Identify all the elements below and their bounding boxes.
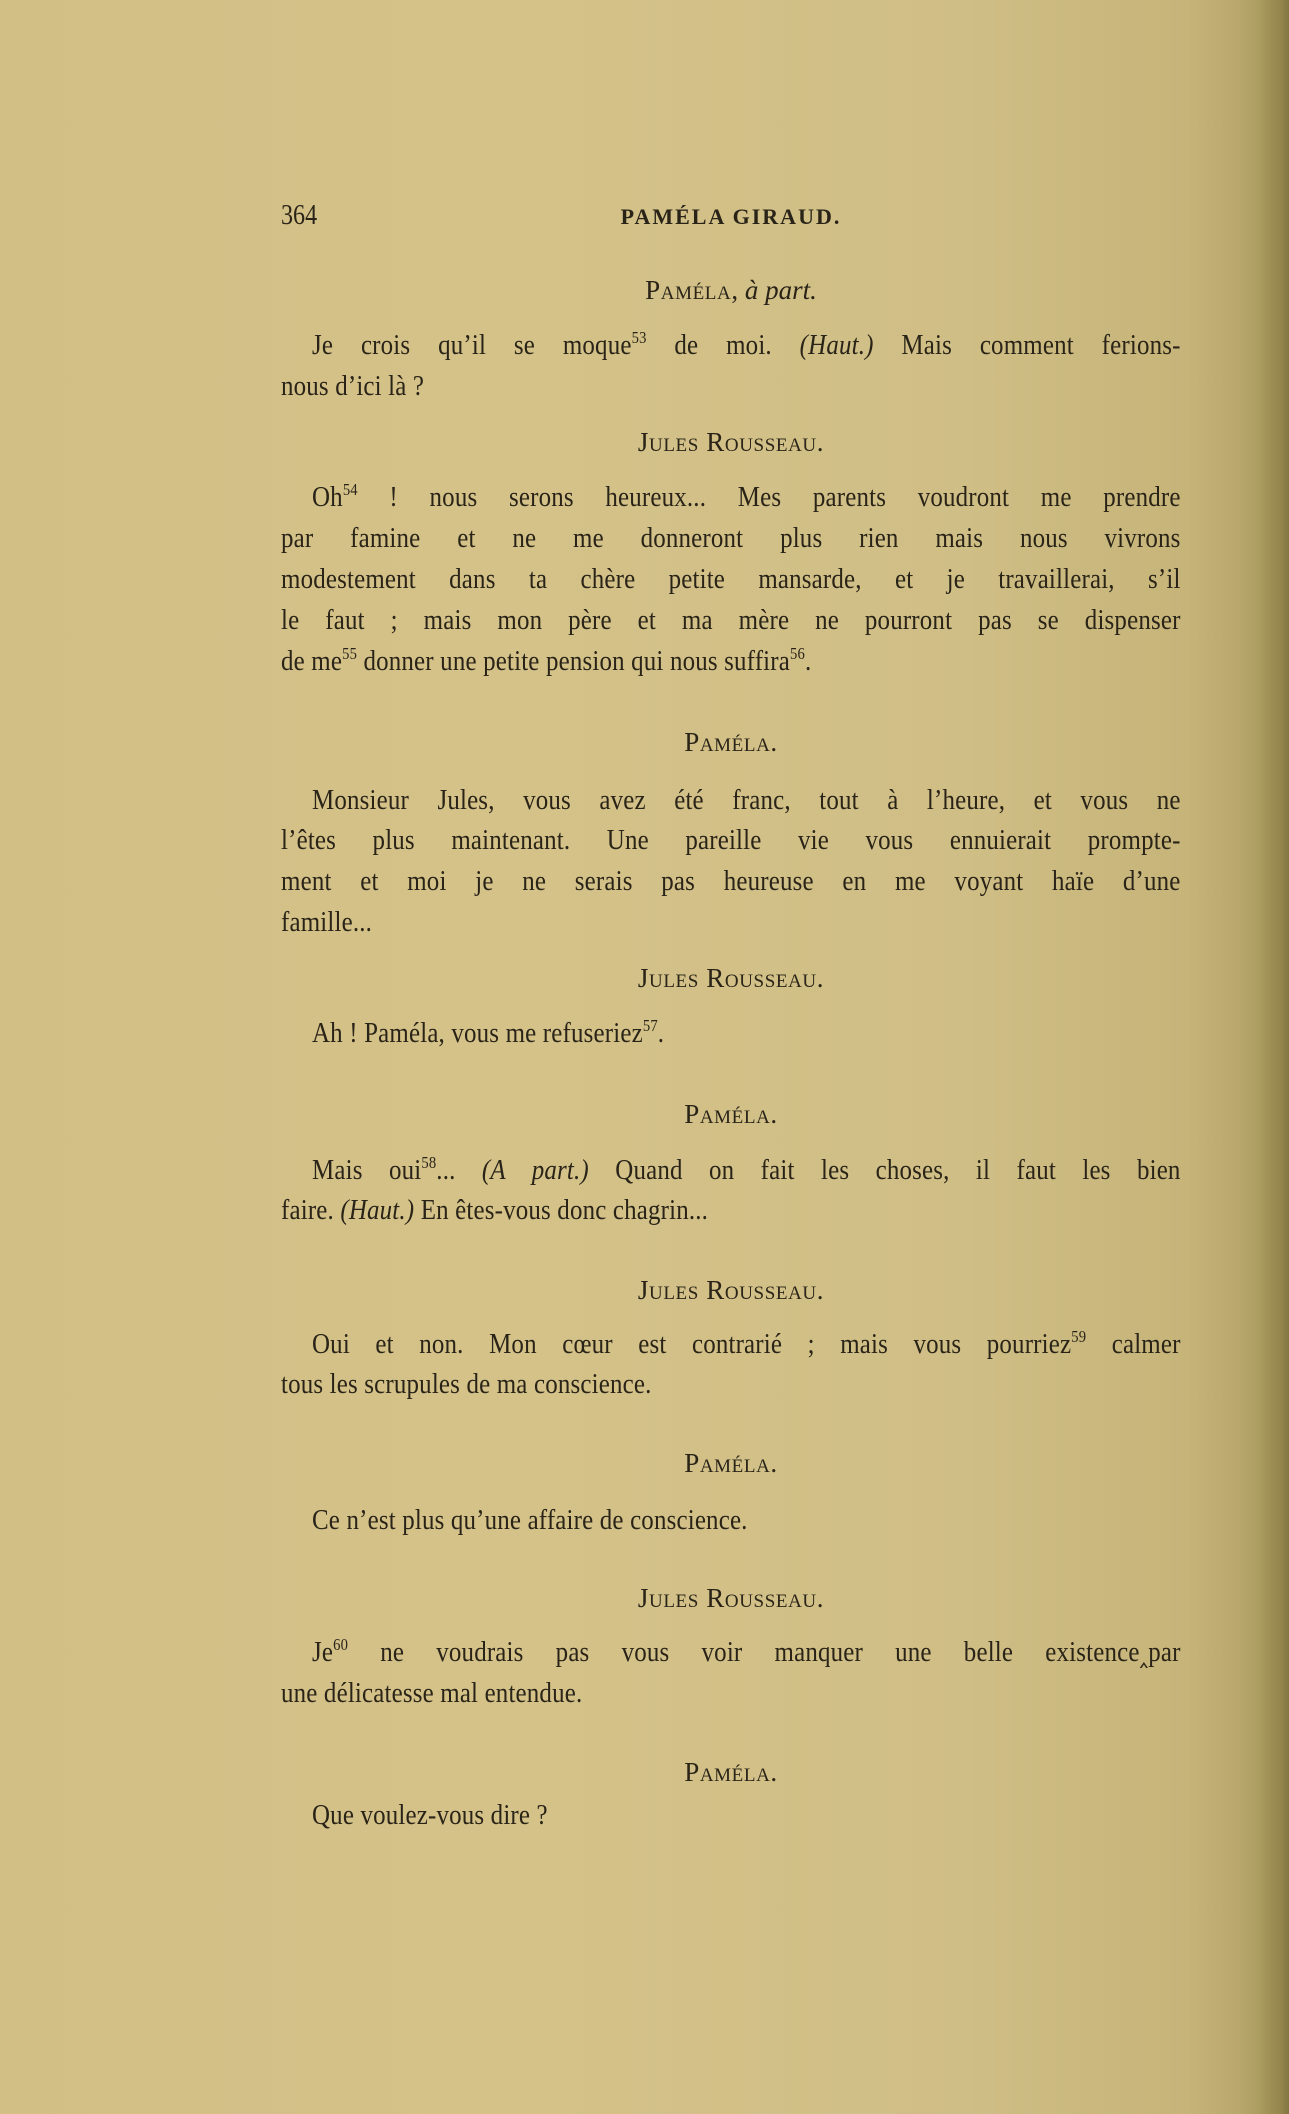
speaker-heading: Jules Rousseau. — [281, 425, 1181, 459]
dialogue-line: Ce n’est plus qu’une affaire de conscien… — [312, 1503, 1086, 1537]
footnote-ref: 56 — [790, 644, 805, 663]
text-run: Mais oui — [312, 1154, 421, 1186]
speaker-heading: Paméla, à part. — [281, 273, 1181, 307]
text-run: Oh — [312, 481, 343, 513]
footnote-ref: 53 — [632, 328, 647, 347]
running-header: 364 PAMÉLA GIRAUD. — [281, 200, 1181, 234]
dialogue-line: Je60 ne voudrais pas vous voir manquer u… — [312, 1635, 1181, 1669]
text-run: de moi. — [647, 329, 800, 361]
stage-direction: (Haut.) — [800, 329, 874, 361]
text-run: . — [658, 1017, 664, 1049]
dialogue-line: tous les scrupules de ma conscience. — [281, 1367, 1055, 1401]
dialogue-line: Que voulez-vous dire ? — [312, 1798, 1086, 1832]
text-run: Quand on fait les choses, il faut les bi… — [589, 1154, 1181, 1186]
text-run: Je crois qu’il se moque — [312, 329, 632, 361]
dialogue-line: Ah ! Paméla, vous me refuseriez57. — [312, 1016, 1086, 1050]
text-run: nous d’ici là ? — [281, 370, 424, 402]
running-title: PAMÉLA GIRAUD. — [281, 204, 1181, 230]
text-run: faire. — [281, 1194, 340, 1226]
speaker-name: Paméla — [645, 275, 731, 305]
footnote-ref: 55 — [342, 644, 357, 663]
text-run: calmer — [1086, 1328, 1180, 1360]
text-run: de me — [281, 645, 342, 677]
dialogue-line: l’êtes plus maintenant. Une pareille vie… — [281, 823, 1181, 857]
text-run: ... — [436, 1154, 482, 1186]
dialogue-line: famille... — [281, 905, 1055, 939]
dialogue-line: Monsieur Jules, vous avez été franc, tou… — [312, 783, 1181, 817]
text-run: donner une petite pension qui nous suffi… — [357, 645, 790, 677]
comma: , — [731, 275, 745, 305]
dialogue-line: Mais oui58... (A part.) Quand on fait le… — [312, 1153, 1181, 1187]
text-run: Je — [312, 1636, 333, 1668]
dialogue-line: modestement dans ta chère petite mansard… — [281, 562, 1181, 596]
dialogue-line: Oui et non. Mon cœur est contrarié ; mai… — [312, 1327, 1181, 1361]
footnote-ref: 54 — [343, 480, 358, 499]
dialogue-line: de me55 donner une petite pension qui no… — [281, 644, 1055, 678]
text-run: Oui et non. Mon cœur est contrarié ; mai… — [312, 1328, 1071, 1360]
text-run: Mais comment ferions- — [874, 329, 1181, 361]
dialogue-line: ment et moi je ne serais pas heureuse en… — [281, 864, 1181, 898]
stage-direction: (Haut.) — [340, 1194, 414, 1226]
footnote-ref: 58 — [421, 1153, 436, 1172]
footnote-ref: 60 — [333, 1635, 348, 1654]
stage-direction: (A part.) — [482, 1154, 589, 1186]
speaker-heading: Jules Rousseau. — [281, 1273, 1181, 1307]
dialogue-line: Oh54 ! nous serons heureux... Mes parent… — [312, 480, 1181, 514]
dialogue-line: faire. (Haut.) En êtes-vous donc chagrin… — [281, 1193, 1055, 1227]
text-run: Ah ! Paméla, vous me refuseriez — [312, 1017, 643, 1049]
speaker-heading: Paméla. — [281, 1446, 1181, 1480]
speaker-heading: Paméla. — [281, 1097, 1181, 1131]
speaker-heading: Jules Rousseau. — [281, 1581, 1181, 1615]
speaker-heading: Paméla. — [281, 725, 1181, 759]
book-page: 364 PAMÉLA GIRAUD. Paméla, à part. Je cr… — [0, 0, 1289, 2114]
dialogue-line: Je crois qu’il se moque53 de moi. (Haut.… — [312, 328, 1181, 362]
text-run: ! nous serons heureux... Mes parents vou… — [358, 481, 1181, 513]
footnote-ref: 59 — [1071, 1327, 1086, 1346]
page-edge-shadow — [1259, 0, 1289, 2114]
speaker-heading: Paméla. — [281, 1755, 1181, 1789]
text-run: . — [805, 645, 811, 677]
dialogue-line: le faut ; mais mon père et ma mère ne po… — [281, 603, 1181, 637]
text-run: ne voudrais pas vous voir manquer une be… — [348, 1636, 1181, 1668]
dialogue-line: par famine et ne me donneront plus rien … — [281, 521, 1181, 555]
dialogue-line: une délicatesse mal entendue. — [281, 1676, 1055, 1710]
dialogue-line: nous d’ici là ? — [281, 369, 1055, 403]
text-run: En êtes-vous donc chagrin... — [414, 1194, 708, 1226]
stage-direction: à part. — [745, 275, 817, 305]
footnote-ref: 57 — [643, 1016, 658, 1035]
speaker-heading: Jules Rousseau. — [281, 961, 1181, 995]
